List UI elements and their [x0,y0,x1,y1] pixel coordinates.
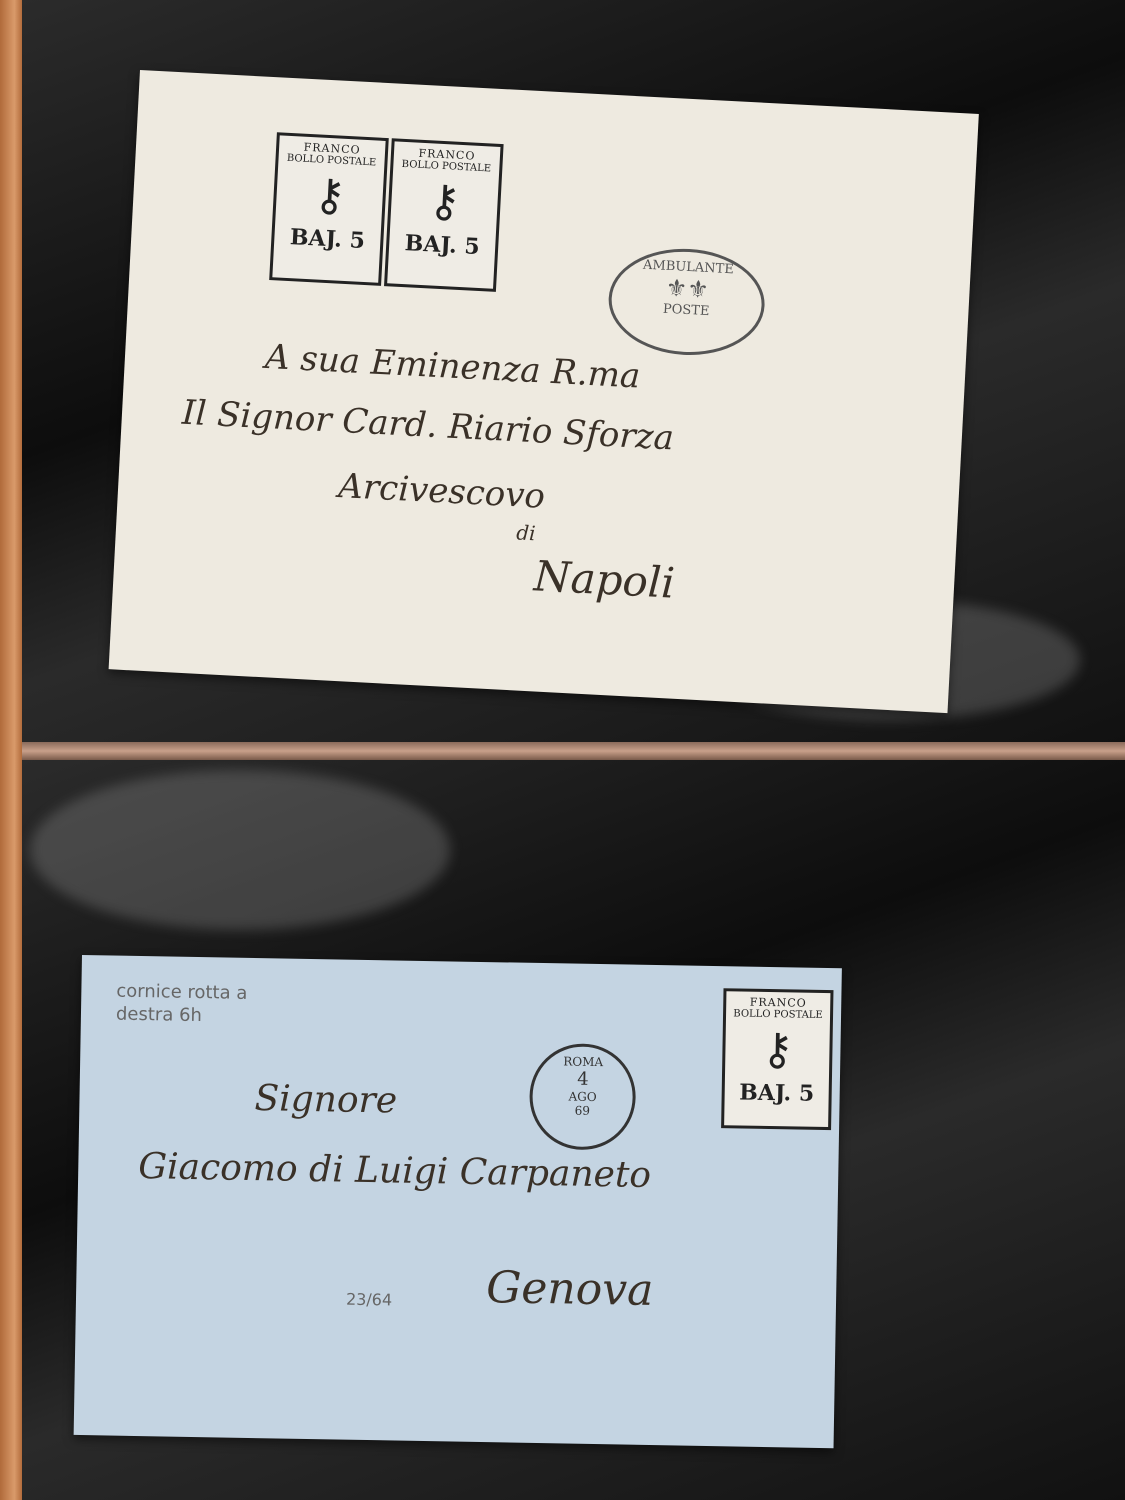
address-line: di [516,520,536,545]
stamp-value: BAJ. 5 [724,1079,828,1107]
address-line: Napoli [533,551,676,607]
stamp-text: BOLLO POSTALE [726,1008,830,1021]
papal-keys-icon: ⚷ [275,163,384,228]
pencil-note: cornice rotta a [116,981,247,1004]
postal-cover-genova: cornice rotta a destra 6h 23/64 FRANCO B… [74,955,842,1448]
papal-keys-icon: ⚷ [725,1019,830,1081]
address-line: Genova [486,1262,654,1316]
reflection-glare [30,770,450,930]
address-line: A sua Eminenza R.ma [264,337,641,397]
stamp-baj5-right: FRANCO BOLLO POSTALE ⚷ BAJ. 5 [384,138,504,292]
pencil-number: 23/64 [346,1290,392,1310]
sleeve-divider-strip [22,742,1125,760]
wooden-table-edge [0,0,24,1500]
stamp-baj5: FRANCO BOLLO POSTALE ⚷ BAJ. 5 [721,988,833,1130]
date-cancel-mark: ROMA 4 AGO 69 [529,1043,637,1151]
oval-cancel-mark: AMBULANTE ⚜⚜ POSTE [606,245,767,359]
stamp-baj5-left: FRANCO BOLLO POSTALE ⚷ BAJ. 5 [269,132,389,286]
cancel-year: 69 [532,1103,632,1119]
address-line: Arcivescovo [337,466,546,517]
address-line: Giacomo di Luigi Carpaneto [138,1146,651,1196]
papal-keys-icon: ⚷ [390,169,499,234]
stamp-value: BAJ. 5 [389,229,496,261]
address-line: Il Signor Card. Riario Sforza [181,393,675,459]
stamp-value: BAJ. 5 [274,223,381,255]
pencil-note: destra 6h [116,1004,202,1026]
postal-cover-napoli: FRANCO BOLLO POSTALE ⚷ BAJ. 5 FRANCO BOL… [109,70,979,713]
cancel-day: 4 [533,1068,633,1091]
address-line: Signore [254,1078,397,1121]
